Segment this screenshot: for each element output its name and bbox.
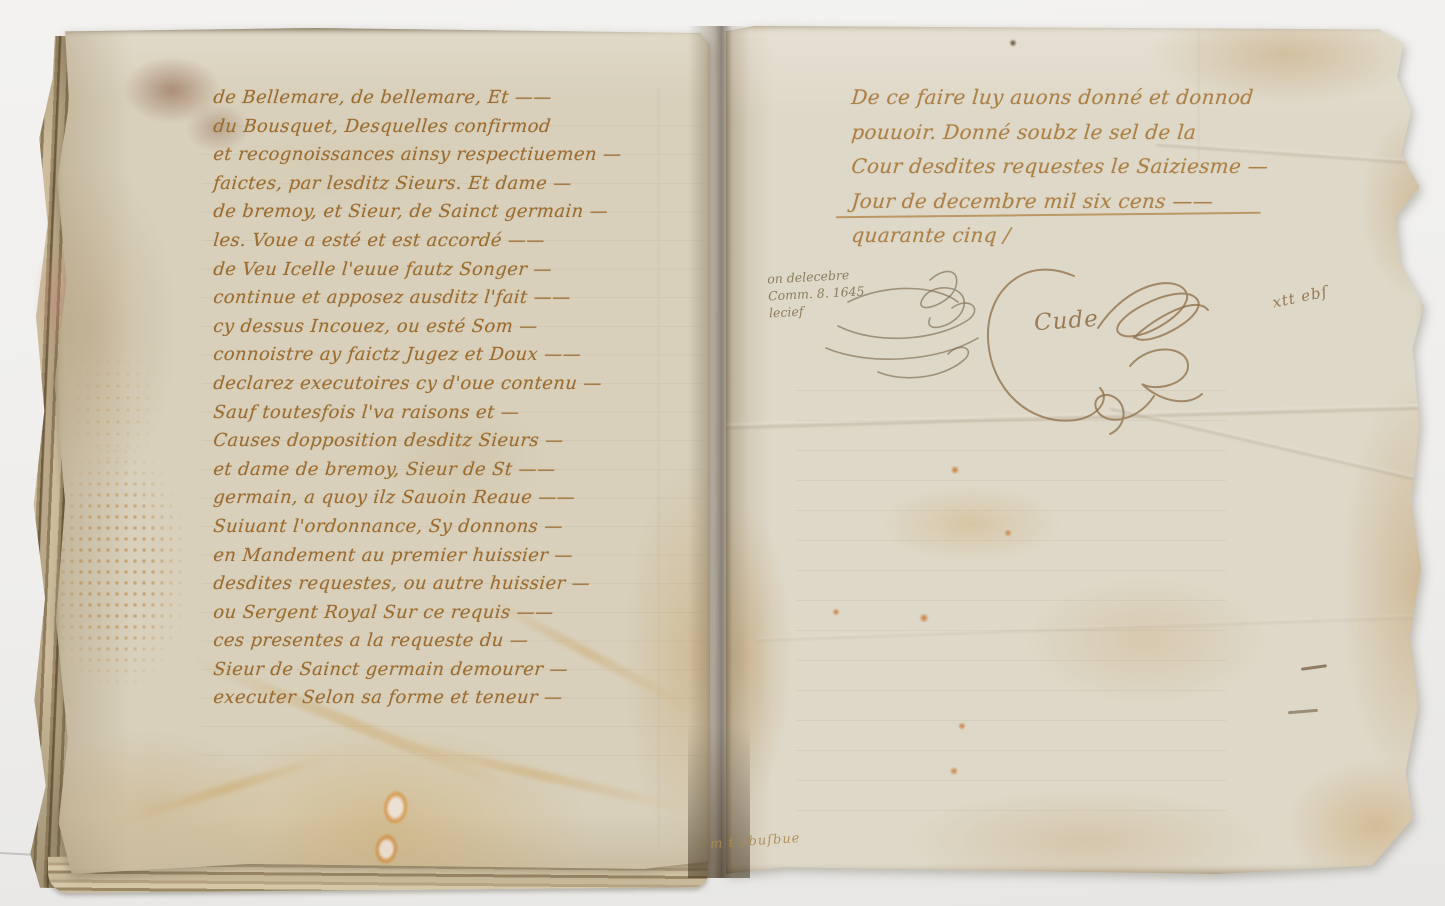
manuscript-line: ces presentes a la requeste du — (212, 627, 707, 656)
signature-area: Cude (978, 248, 1278, 448)
signature-flourish (978, 248, 1278, 448)
manuscript-line: De ce faire luy auons donné et donnod (850, 80, 1413, 115)
manuscript-line: executer Selon sa forme et teneur — (212, 684, 707, 713)
manuscript-line: et recognoissances ainsy respectiuemen — (212, 141, 707, 170)
ink-smudge (1301, 664, 1327, 671)
manuscript-line: declarez executoires cy d'oue contenu — (212, 370, 707, 399)
manuscript-line-underlined: Jour de decembre mil six cens —— (850, 184, 1413, 219)
ink-smudge (1288, 709, 1318, 715)
manuscript-line: Causes dopposition desditz Sieurs — (212, 427, 707, 456)
vellum-follicle-marks (60, 448, 186, 688)
manuscript-line: continue et apposez ausditz l'fait —— (212, 284, 707, 313)
left-page-text: de Bellemare, de bellemare, Et —— du Bou… (212, 84, 704, 713)
manuscript-line: cy dessus Incouez, ou esté Som — (212, 313, 707, 342)
manuscript-line: pouuoir. Donné soubz le sel de la (850, 115, 1413, 150)
manuscript-line: Sauf toutesfois l'va raisons et — (212, 399, 707, 428)
right-page: De ce faire luy auons donné et donnod po… (726, 26, 1428, 874)
manuscript-line: Suiuant l'ordonnance, Sy donnons — (212, 513, 707, 542)
manuscript-line: et dame de bremoy, Sieur de St —— (212, 456, 707, 485)
manuscript-line: Cour desdites requestes le Saiziesme — (850, 149, 1413, 184)
manuscript-line: en Mandement au premier huissier — (212, 542, 707, 571)
manuscript-line: germain, a quoy ilz Sauoin Reaue —— (212, 484, 707, 513)
manuscript-line: desdites requestes, ou autre huissier — (212, 570, 707, 599)
left-page-vellum: de Bellemare, de bellemare, Et —— du Bou… (52, 28, 710, 874)
manuscript-line: faictes, par lesditz Sieurs. Et dame — (212, 170, 707, 199)
manuscript-line: de Bellemare, de bellemare, Et —— (212, 84, 707, 113)
right-page-vellum: De ce faire luy auons donné et donnod po… (726, 26, 1428, 874)
manuscript-line: du Bousquet, Desquelles confirmod (212, 113, 707, 142)
manuscript-line: de Veu Icelle l'euue fautz Songer — (212, 256, 707, 285)
manuscript-line: les. Voue a esté et est accordé —— (212, 227, 707, 256)
manuscript-line: Sieur de Sainct germain demourer — (212, 656, 707, 685)
manuscript-photograph: de Bellemare, de bellemare, Et —— du Bou… (0, 0, 1445, 906)
manuscript-line: de bremoy, et Sieur, de Sainct germain — (212, 198, 707, 227)
vellum-follicle-marks-faint (66, 348, 162, 468)
left-page: de Bellemare, de bellemare, Et —— du Bou… (52, 28, 710, 874)
right-page-text: De ce faire luy auons donné et donnod po… (850, 80, 1410, 253)
margin-shelfmark-note: xtt ebſ (1271, 282, 1330, 311)
manuscript-line: connoistre ay faictz Jugez et Doux —— (212, 341, 707, 370)
manuscript-line: ou Sergent Royal Sur ce requis —— (212, 599, 707, 628)
signature-name: Cude (1033, 306, 1099, 336)
